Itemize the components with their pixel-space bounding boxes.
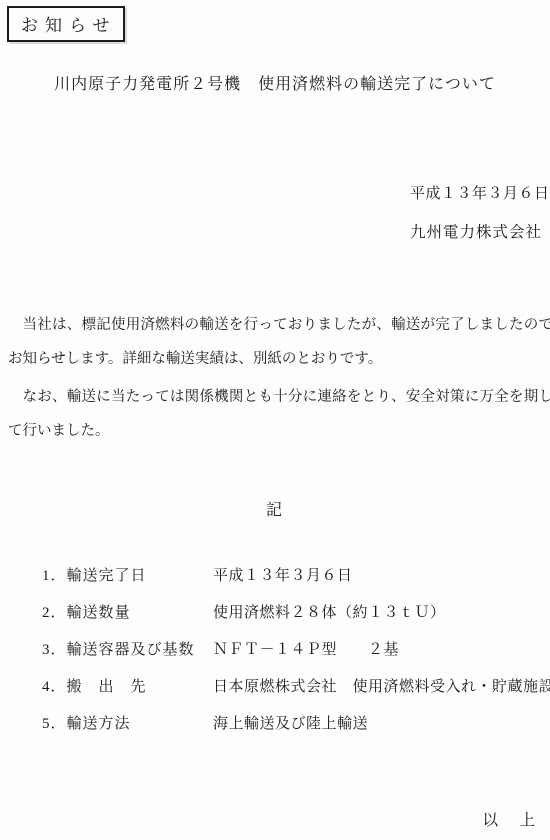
record-label: 3．輸送容器及び基数 <box>42 640 213 660</box>
record-value: 平成１３年３月６日 <box>213 566 353 586</box>
record-row-transport-method: 5．輸送方法 海上輸送及び陸上輸送 <box>42 714 542 734</box>
company-name: 九州電力株式会社 <box>410 220 550 242</box>
record-heading: 記 <box>0 497 550 520</box>
notice-label-box: お知らせ <box>7 6 125 42</box>
record-row-transport-completion-date: 1．輸送完了日 平成１３年３月６日 <box>42 566 542 586</box>
record-label: 1．輸送完了日 <box>42 566 213 586</box>
body-paragraph-2: なお、輸送に当たっては関係機関とも十分に連絡をとり、安全対策に万全を期して行いま… <box>8 380 550 448</box>
record-row-destination: 4．搬 出 先 日本原燃株式会社 使用済燃料受入れ・貯蔵施設 <box>42 677 542 697</box>
notice-label: お知らせ <box>21 16 117 35</box>
issue-date: 平成１３年３月６日 <box>410 182 550 203</box>
record-label: 5．輸送方法 <box>42 714 213 734</box>
record-label: 4．搬 出 先 <box>42 677 213 697</box>
body-paragraph-1: 当社は、標記使用済燃料の輸送を行っておりましたが、輸送が完了しましたのでお知らせ… <box>8 308 550 376</box>
record-row-transport-quantity: 2．輸送数量 使用済燃料２８体（約１３ｔＵ） <box>42 603 542 623</box>
record-value: 使用済燃料２８体（約１３ｔＵ） <box>213 603 446 623</box>
record-list: 1．輸送完了日 平成１３年３月６日 2．輸送数量 使用済燃料２８体（約１３ｔＵ）… <box>42 566 542 751</box>
record-label: 2．輸送数量 <box>42 603 213 623</box>
record-row-container-type: 3．輸送容器及び基数 ＮＦＴ－１４Ｐ型 ２基 <box>42 640 542 660</box>
record-value: 海上輸送及び陸上輸送 <box>213 714 368 734</box>
record-value: ＮＦＴ－１４Ｐ型 ２基 <box>213 640 399 660</box>
record-value: 日本原燃株式会社 使用済燃料受入れ・貯蔵施設 <box>213 677 550 697</box>
closing-label: 以 上 <box>482 808 538 830</box>
meta-block: 平成１３年３月６日 九州電力株式会社 <box>410 182 550 242</box>
document-title: 川内原子力発電所２号機 使用済燃料の輸送完了について <box>0 71 550 94</box>
